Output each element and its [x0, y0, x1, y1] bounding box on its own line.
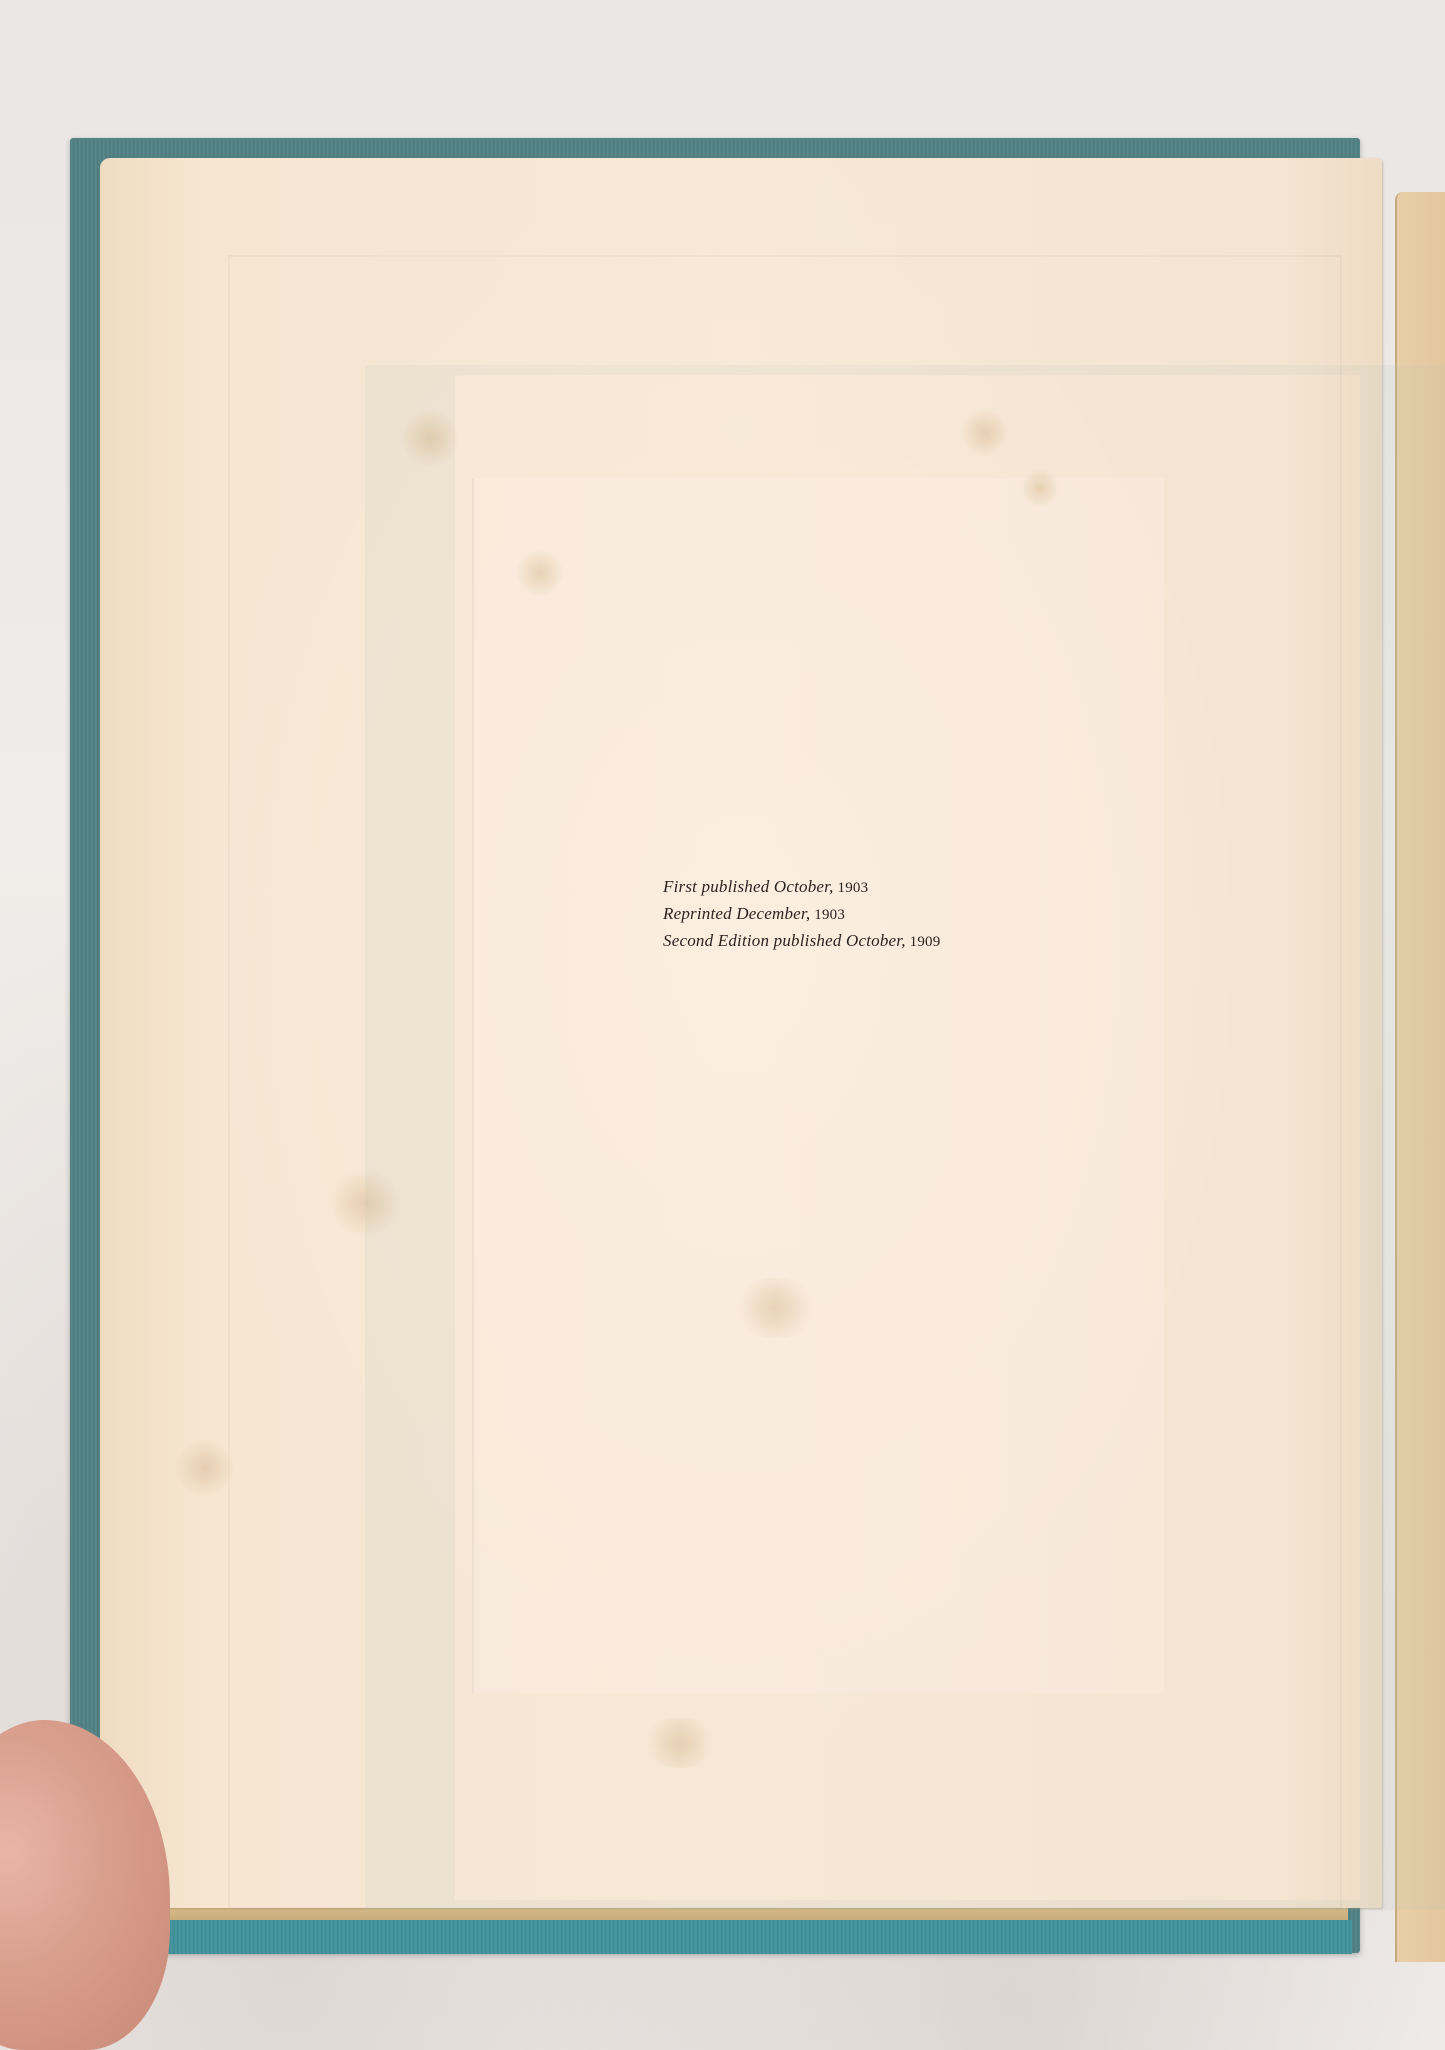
- foxing-stain: [960, 408, 1010, 458]
- foxing-stain: [1020, 468, 1060, 508]
- book-cover-bottom-edge: [82, 1920, 1352, 1954]
- publication-imprint: First published October, 1903 Reprinted …: [663, 874, 940, 955]
- imprint-label: Reprinted December,: [663, 904, 810, 923]
- imprint-year: 1903: [834, 880, 869, 896]
- book-page: [100, 158, 1382, 1908]
- foxing-stain: [400, 408, 460, 468]
- imprint-line-reprinted: Reprinted December, 1903: [663, 901, 940, 928]
- imprint-line-second-edition: Second Edition published October, 1909: [663, 928, 940, 955]
- foxing-stain: [640, 1718, 720, 1768]
- foxing-stain: [515, 548, 565, 598]
- imprint-year: 1909: [906, 934, 941, 950]
- show-through-title-panel: [472, 478, 1164, 1693]
- foxing-stain: [330, 1168, 400, 1238]
- foxing-stain: [175, 1438, 235, 1498]
- foxing-stain: [730, 1278, 820, 1338]
- imprint-label: Second Edition published October,: [663, 931, 906, 950]
- imprint-year: 1903: [810, 907, 845, 923]
- imprint-label: First published October,: [663, 877, 834, 896]
- imprint-line-first-published: First published October, 1903: [663, 874, 940, 901]
